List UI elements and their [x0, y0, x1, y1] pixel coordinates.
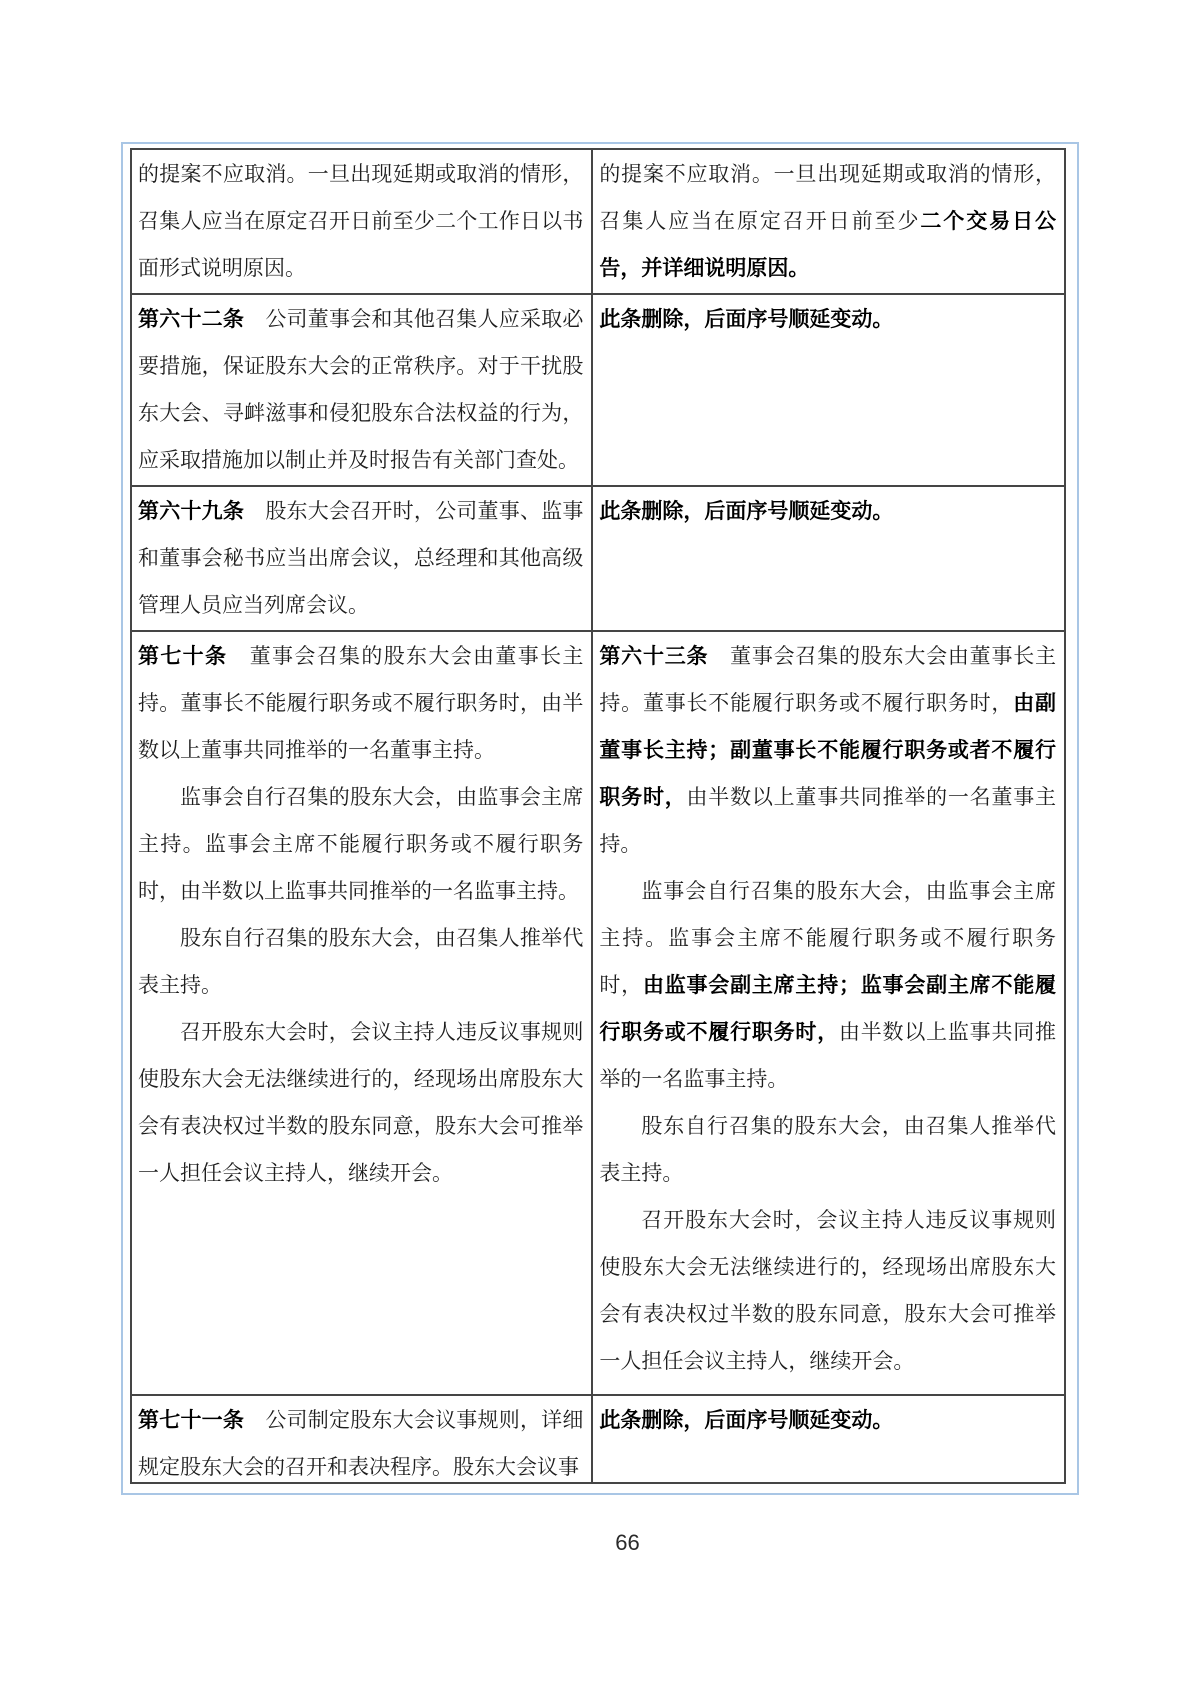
cell-content: 第七十条 董事会召集的股东大会由董事长主持。董事长不能履行职务或不履行职务时，由… [138, 633, 583, 1393]
paragraph: 第六十九条 股东大会召开时，公司董事、监事和董事会秘书应当出席会议，总经理和其他… [138, 488, 583, 629]
body-text: 股东自行召集的股东大会，由召集人推举代表主持。 [599, 1114, 1056, 1185]
table-row: 的提案不应取消。一旦出现延期或取消的情形，召集人应当在原定召开日前至少二个工作日… [131, 149, 1065, 294]
amended-text: 第七十一条 [138, 1408, 244, 1432]
table-row: 第六十九条 股东大会召开时，公司董事、监事和董事会秘书应当出席会议，总经理和其他… [131, 486, 1065, 631]
paragraph: 此条删除，后面序号顺延变动。 [599, 1397, 1056, 1444]
cell-content: 第六十二条 公司董事会和其他召集人应采取必要措施，保证股东大会的正常秩序。对于干… [138, 296, 583, 484]
paragraph: 第六十三条 董事会召集的股东大会由董事长主持。董事长不能履行职务或不履行职务时，… [599, 633, 1056, 868]
cell-right: 此条删除，后面序号顺延变动。 [592, 294, 1065, 486]
paragraph: 股东自行召集的股东大会，由召集人推举代表主持。 [138, 915, 583, 1009]
cell-content: 第六十三条 董事会召集的股东大会由董事长主持。董事长不能履行职务或不履行职务时，… [599, 633, 1056, 1393]
body-text: 的提案不应取消。一旦出现延期或取消的情形，召集人应当在原定召开日前至少二个工作日… [138, 162, 583, 280]
table-row: 第六十二条 公司董事会和其他召集人应采取必要措施，保证股东大会的正常秩序。对于干… [131, 294, 1065, 486]
paragraph: 召开股东大会时，会议主持人违反议事规则使股东大会无法继续进行的，经现场出席股东大… [138, 1009, 583, 1197]
amended-text: 此条删除，后面序号顺延变动。 [599, 499, 893, 523]
body-text: 监事会自行召集的股东大会，由监事会主席主持。监事会主席不能履行职务或不履行职务时… [138, 785, 583, 903]
cell-content: 此条删除，后面序号顺延变动。 [599, 488, 1056, 628]
cell-content: 此条删除，后面序号顺延变动。 [599, 296, 1056, 484]
cell-left: 第六十二条 公司董事会和其他召集人应采取必要措施，保证股东大会的正常秩序。对于干… [131, 294, 592, 486]
paragraph: 第六十二条 公司董事会和其他召集人应采取必要措施，保证股东大会的正常秩序。对于干… [138, 296, 583, 484]
table-row: 第七十条 董事会召集的股东大会由董事长主持。董事长不能履行职务或不履行职务时，由… [131, 631, 1065, 1395]
paragraph: 此条删除，后面序号顺延变动。 [599, 296, 1056, 343]
body-text: 召开股东大会时，会议主持人违反议事规则使股东大会无法继续进行的，经现场出席股东大… [138, 1020, 583, 1185]
cell-left: 第七十一条 公司制定股东大会议事规则，详细规定股东大会的召开和表决程序。股东大会… [131, 1395, 592, 1483]
paragraph: 召开股东大会时，会议主持人违反议事规则使股东大会无法继续进行的，经现场出席股东大… [599, 1197, 1056, 1385]
body-text: 召开股东大会时，会议主持人违反议事规则使股东大会无法继续进行的，经现场出席股东大… [599, 1208, 1056, 1373]
cell-right: 第六十三条 董事会召集的股东大会由董事长主持。董事长不能履行职务或不履行职务时，… [592, 631, 1065, 1395]
amended-text: 此条删除，后面序号顺延变动。 [599, 1408, 893, 1432]
cell-left: 的提案不应取消。一旦出现延期或取消的情形，召集人应当在原定召开日前至少二个工作日… [131, 149, 592, 294]
cell-right: 此条删除，后面序号顺延变动。 [592, 486, 1065, 631]
paragraph: 第七十条 董事会召集的股东大会由董事长主持。董事长不能履行职务或不履行职务时，由… [138, 633, 583, 774]
amended-text: 第七十条 [138, 644, 227, 668]
body-text: 公司董事会和其他召集人应采取必要措施，保证股东大会的正常秩序。对于干扰股东大会、… [138, 307, 583, 472]
paragraph: 的提案不应取消。一旦出现延期或取消的情形，召集人应当在原定召开日前至少二个交易日… [599, 151, 1056, 292]
page-number: 66 [0, 1530, 1200, 1556]
cell-content: 的提案不应取消。一旦出现延期或取消的情形，召集人应当在原定召开日前至少二个工作日… [138, 151, 583, 292]
cell-content: 第六十九条 股东大会召开时，公司董事、监事和董事会秘书应当出席会议，总经理和其他… [138, 488, 583, 629]
body-text: 股东自行召集的股东大会，由召集人推举代表主持。 [138, 926, 583, 997]
comparison-table: 的提案不应取消。一旦出现延期或取消的情形，召集人应当在原定召开日前至少二个工作日… [130, 148, 1066, 1484]
cell-left: 第六十九条 股东大会召开时，公司董事、监事和董事会秘书应当出席会议，总经理和其他… [131, 486, 592, 631]
paragraph: 股东自行召集的股东大会，由召集人推举代表主持。 [599, 1103, 1056, 1197]
paragraph: 第七十一条 公司制定股东大会议事规则，详细规定股东大会的召开和表决程序。股东大会… [138, 1397, 583, 1481]
table-frame: 的提案不应取消。一旦出现延期或取消的情形，召集人应当在原定召开日前至少二个工作日… [121, 142, 1079, 1495]
cell-content: 此条删除，后面序号顺延变动。 [599, 1397, 1056, 1481]
amended-text: 第六十九条 [138, 499, 244, 523]
amended-text: 第六十二条 [138, 307, 244, 331]
comparison-table-body: 的提案不应取消。一旦出现延期或取消的情形，召集人应当在原定召开日前至少二个工作日… [131, 149, 1065, 1483]
cell-content: 的提案不应取消。一旦出现延期或取消的情形，召集人应当在原定召开日前至少二个交易日… [599, 151, 1056, 292]
paragraph: 监事会自行召集的股东大会，由监事会主席主持。监事会主席不能履行职务或不履行职务时… [599, 868, 1056, 1103]
amended-text: 第六十三条 [599, 644, 708, 668]
document-page: 的提案不应取消。一旦出现延期或取消的情形，召集人应当在原定召开日前至少二个工作日… [0, 0, 1200, 1697]
table-row: 第七十一条 公司制定股东大会议事规则，详细规定股东大会的召开和表决程序。股东大会… [131, 1395, 1065, 1483]
amended-text: 此条删除，后面序号顺延变动。 [599, 307, 893, 331]
paragraph: 监事会自行召集的股东大会，由监事会主席主持。监事会主席不能履行职务或不履行职务时… [138, 774, 583, 915]
cell-right: 的提案不应取消。一旦出现延期或取消的情形，召集人应当在原定召开日前至少二个交易日… [592, 149, 1065, 294]
cell-right: 此条删除，后面序号顺延变动。 [592, 1395, 1065, 1483]
paragraph: 的提案不应取消。一旦出现延期或取消的情形，召集人应当在原定召开日前至少二个工作日… [138, 151, 583, 292]
cell-left: 第七十条 董事会召集的股东大会由董事长主持。董事长不能履行职务或不履行职务时，由… [131, 631, 592, 1395]
cell-content: 第七十一条 公司制定股东大会议事规则，详细规定股东大会的召开和表决程序。股东大会… [138, 1397, 583, 1481]
paragraph: 此条删除，后面序号顺延变动。 [599, 488, 1056, 535]
